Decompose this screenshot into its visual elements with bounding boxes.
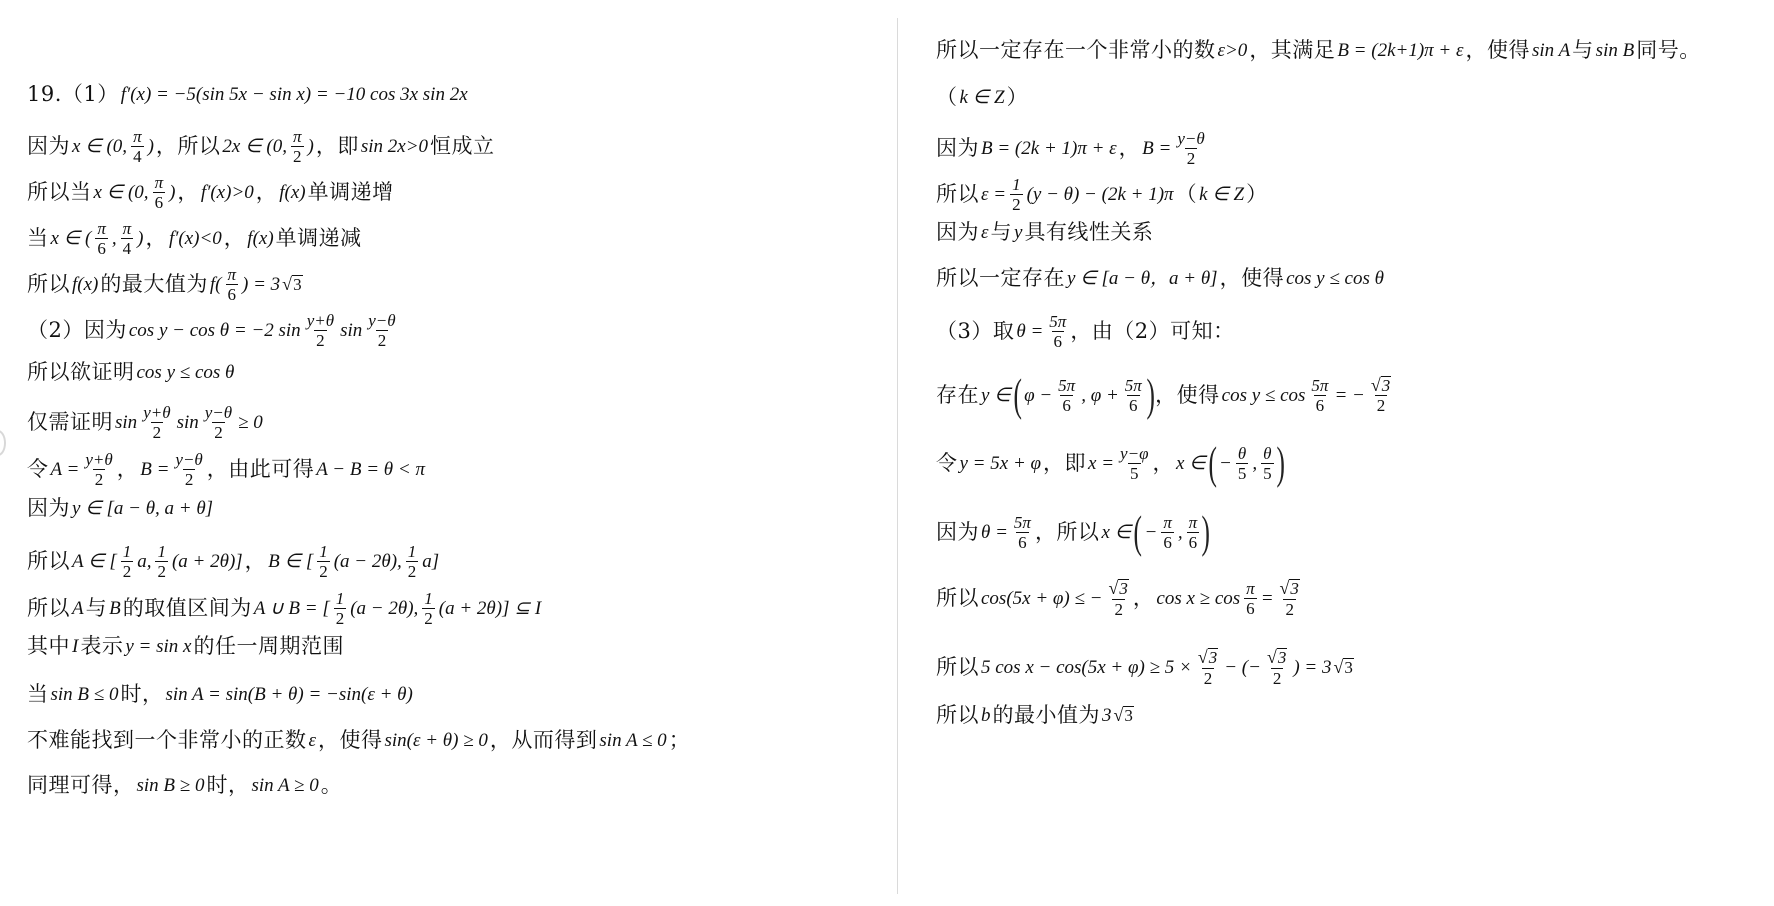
text-run: ， — [1119, 138, 1141, 159]
math-expression: x ∈ (0, — [92, 183, 151, 202]
fraction-numerator: y−θ — [1175, 130, 1206, 148]
fraction-numerator: θ — [1236, 445, 1248, 463]
text-run: ，所以 — [156, 136, 221, 157]
solution-line: 所以5 cos x − cos(5x + φ) ≥ 5 ×√32− (−√32)… — [936, 648, 1354, 687]
math-expression: sin B — [1594, 41, 1637, 60]
fraction-denominator: 6 — [226, 284, 239, 303]
solution-line: （k ∈ Z） — [936, 87, 1028, 108]
square-root: √3 — [282, 275, 302, 294]
text-run: 时， — [120, 684, 163, 705]
text-run: 所以 — [27, 274, 70, 295]
math-expression: sin A ≤ 0 — [597, 731, 668, 750]
math-expression: (a − 2θ), — [348, 599, 420, 618]
fraction-numerator: √3 — [1278, 579, 1302, 599]
text-run: 19.（1） — [27, 84, 119, 105]
math-expression: f( — [208, 275, 224, 294]
fraction-numerator: 5π — [1309, 377, 1330, 395]
radicand: 3 — [292, 275, 303, 294]
fraction: π4 — [121, 220, 134, 257]
math-expression: θ = — [979, 523, 1010, 542]
fraction-numerator: y−θ — [366, 312, 397, 330]
math-expression: x ∈ (0, — [70, 137, 129, 156]
math-expression: b — [979, 706, 993, 725]
fraction-denominator: 6 — [1187, 532, 1200, 551]
fraction-numerator: √3 — [1196, 648, 1220, 668]
radical-sign-icon: √ — [1280, 579, 1290, 597]
math-expression: A − B = θ < π — [314, 460, 427, 479]
text-run: ， — [224, 228, 246, 249]
radicand: 3 — [1277, 648, 1288, 667]
fraction: √32 — [1196, 648, 1220, 687]
page-edge-scroll-handle — [0, 430, 6, 456]
math-expression: (y − θ) − (2k + 1)π — [1025, 185, 1176, 204]
solution-line: 因为B = (2k + 1)π + ε，B =y−θ2 — [936, 130, 1209, 167]
solution-line: （3）取θ =5π6，由（2）可知： — [936, 313, 1235, 350]
fraction-numerator: √3 — [1369, 376, 1393, 396]
square-root: √3 — [1371, 376, 1391, 395]
fraction: 12 — [121, 543, 134, 580]
fraction: y−θ2 — [203, 404, 234, 441]
fraction-denominator: 2 — [291, 146, 304, 165]
column-divider — [897, 18, 898, 894]
fraction-numerator: 1 — [317, 543, 330, 561]
radical-sign-icon: √ — [1114, 706, 1124, 724]
math-expression: B = (2k + 1)π + ε — [979, 139, 1119, 158]
fraction-numerator: θ — [1261, 445, 1273, 463]
math-expression: B = — [1140, 139, 1173, 158]
math-expression: B ∈ [ — [266, 552, 315, 571]
fraction: 12 — [406, 543, 419, 580]
math-expression: y ∈ [a − θ，a + θ] — [1065, 269, 1220, 288]
math-expression: I — [70, 637, 80, 656]
text-run: 因为 — [27, 498, 70, 519]
fraction-numerator: 1 — [406, 543, 419, 561]
math-expression: ε — [979, 223, 991, 242]
radicand: 3 — [1343, 658, 1354, 677]
fraction-numerator: y+θ — [141, 404, 172, 422]
fraction-denominator: 5 — [1261, 463, 1274, 482]
text-run: 所以 — [936, 705, 979, 726]
square-root: √3 — [1114, 706, 1134, 725]
text-run: ，使得 — [1155, 385, 1220, 406]
text-run: 恒成立 — [430, 136, 495, 157]
text-run: 的最大值为 — [100, 274, 208, 295]
math-expression: f(x) — [277, 183, 307, 202]
fraction-numerator: π — [1244, 580, 1257, 598]
fraction: √32 — [1369, 376, 1393, 415]
fraction: π4 — [131, 128, 144, 165]
math-expression: sin 2x>0 — [359, 137, 430, 156]
text-run: 单调递增 — [308, 182, 394, 203]
text-run: ， — [1152, 453, 1174, 474]
math-expression: ε = — [979, 185, 1008, 204]
fraction-numerator: √3 — [1107, 579, 1131, 599]
fraction-numerator: 1 — [155, 543, 168, 561]
math-expression: (a − 2θ), — [332, 552, 404, 571]
math-expression: cos x ≥ cos — [1154, 589, 1242, 608]
solution-line: 当x ∈ (π6,π4)，f′(x)<0，f(x)单调递减 — [27, 220, 362, 257]
text-run: 所以 — [27, 551, 70, 572]
fraction-denominator: 6 — [95, 238, 108, 257]
square-root: √3 — [1280, 579, 1300, 598]
math-expression: cos(5x + φ) ≤ − — [979, 589, 1105, 608]
document-page: 19.（1）f′(x) = −5(sin 5x − sin x) = −10 c… — [0, 0, 1774, 906]
fraction-denominator: 2 — [1375, 395, 1388, 414]
math-expression: sin — [113, 413, 139, 432]
text-run: 当 — [27, 684, 49, 705]
math-expression: = — [1259, 589, 1276, 608]
solution-line: 所以一定存在一个非常小的数ε>0，其满足B = (2k+1)π + ε，使得si… — [936, 40, 1701, 61]
fraction: π6 — [1244, 580, 1257, 617]
math-expression: A = — [49, 460, 82, 479]
fraction-denominator: 2 — [1010, 194, 1023, 213]
radicand: 3 — [1118, 579, 1129, 598]
fraction-numerator: 1 — [1010, 176, 1023, 194]
fraction-numerator: 1 — [121, 543, 134, 561]
text-run: 时， — [206, 775, 249, 796]
text-run: 所以当 — [27, 182, 92, 203]
solution-line: 因为y ∈ [a − θ, a + θ] — [27, 498, 215, 519]
square-root: √3 — [1109, 579, 1129, 598]
fraction-numerator: 5π — [1012, 514, 1033, 532]
math-expression: ≥ 0 — [236, 413, 265, 432]
radicand: 3 — [1289, 579, 1300, 598]
fraction-denominator: 2 — [1283, 599, 1296, 618]
math-expression: B = (2k+1)π + ε — [1335, 41, 1465, 60]
fraction-denominator: 2 — [334, 608, 347, 627]
fraction-numerator: π — [95, 220, 108, 238]
math-expression: f(x) — [70, 275, 100, 294]
fraction: 12 — [422, 590, 435, 627]
text-run: 的最小值为 — [993, 705, 1101, 726]
fraction-denominator: 2 — [376, 330, 389, 349]
math-expression: x ∈ — [1099, 523, 1133, 542]
text-run: ） — [1246, 184, 1268, 205]
math-expression: B = — [138, 460, 171, 479]
solution-line: 所以欲证明cos y ≤ cos θ — [27, 362, 236, 383]
text-run: 当 — [27, 228, 49, 249]
math-expression: y = 5x + φ — [958, 454, 1044, 473]
text-run: ，其满足 — [1249, 40, 1335, 61]
math-expression: A — [70, 599, 86, 618]
text-run: 令 — [936, 453, 958, 474]
text-run: 不难能找到一个非常小的正数 — [27, 730, 307, 751]
math-expression: A ∪ B = [ — [252, 599, 332, 618]
fraction-denominator: 2 — [121, 561, 134, 580]
math-expression: − — [1217, 454, 1234, 473]
radical-sign-icon: √ — [1334, 658, 1344, 676]
text-run: 因为 — [936, 138, 979, 159]
math-expression: sin — [338, 321, 364, 340]
fraction: 12 — [155, 543, 168, 580]
solution-line: 所以A与B的取值区间为A ∪ B = [12(a − 2θ),12(a + 2θ… — [27, 590, 543, 627]
solution-line: 因为θ =5π6，所以x ∈(−π6,π6) — [936, 509, 1210, 555]
math-expression: cos y ≤ cos — [1220, 386, 1308, 405]
radical-sign-icon: √ — [282, 275, 292, 293]
math-expression: ) — [146, 137, 156, 156]
radical-sign-icon: √ — [1371, 376, 1381, 394]
math-expression: θ = — [1014, 322, 1045, 341]
fraction-numerator: 1 — [422, 590, 435, 608]
solution-line: 令y = 5x + φ，即x =y−φ5，x ∈(−θ5,θ5) — [936, 440, 1285, 486]
text-run: 同号。 — [1636, 40, 1701, 61]
fraction: √32 — [1107, 579, 1131, 618]
math-expression: 2x ∈ (0, — [220, 137, 289, 156]
fraction-numerator: y−θ — [173, 451, 204, 469]
fraction-denominator: 2 — [183, 469, 196, 488]
math-expression: , — [1250, 454, 1259, 473]
math-expression: y — [1012, 223, 1024, 242]
fraction: π6 — [1161, 514, 1174, 551]
math-expression: (a + 2θ)] ⊆ I — [437, 599, 543, 618]
text-run: ， — [256, 182, 278, 203]
math-expression: ε>0 — [1216, 41, 1250, 60]
text-run: ，使得 — [1220, 268, 1285, 289]
math-expression: A ∈ [ — [70, 552, 119, 571]
fraction: π6 — [225, 266, 238, 303]
text-run: 因为 — [936, 222, 979, 243]
math-expression: ) = 3 — [240, 275, 282, 294]
math-expression: f′(x)>0 — [199, 183, 256, 202]
fraction-denominator: 2 — [314, 330, 327, 349]
math-expression: ) = 3 — [1291, 658, 1333, 677]
text-run: 的取值区间为 — [123, 598, 252, 619]
math-expression: ) — [306, 137, 316, 156]
fraction: π6 — [153, 174, 166, 211]
fraction-denominator: 5 — [1236, 463, 1249, 482]
fraction: 5π6 — [1012, 514, 1033, 551]
fraction-denominator: 6 — [1016, 532, 1029, 551]
fraction: 5π6 — [1056, 377, 1077, 414]
math-expression: sin B ≥ 0 — [135, 776, 207, 795]
large-parenthesis: ( — [1208, 440, 1216, 486]
math-expression: f′(x) = −5(sin 5x − sin x) = −10 cos 3x … — [119, 85, 470, 104]
text-run: ） — [1007, 87, 1029, 108]
math-expression: y = sin x — [123, 637, 193, 656]
fraction: √32 — [1265, 648, 1289, 687]
text-run: 所以 — [936, 588, 979, 609]
radical-sign-icon: √ — [1109, 579, 1119, 597]
solution-line: 存在y ∈(φ −5π6, φ +5π6)，使得cos y ≤ cos5π6= … — [936, 372, 1395, 418]
fraction-denominator: 2 — [1112, 599, 1125, 618]
solution-line: 当sin B ≤ 0时，sin A = sin(B + θ) = −sin(ε … — [27, 684, 415, 705]
large-parenthesis: ) — [1276, 440, 1284, 486]
math-expression: sin A — [1530, 41, 1572, 60]
fraction: 12 — [1010, 176, 1023, 213]
solution-line: 因为ε与y具有线性关系 — [936, 222, 1153, 243]
text-run: 所以 — [27, 598, 70, 619]
fraction: 5π6 — [1309, 377, 1330, 414]
math-expression: cos y ≤ cos θ — [1284, 269, 1386, 288]
solution-line: 所以b的最小值为3√3 — [936, 705, 1134, 726]
fraction: π6 — [1187, 514, 1200, 551]
math-expression: x = — [1086, 454, 1116, 473]
fraction-numerator: π — [121, 220, 134, 238]
fraction-denominator: 6 — [1244, 598, 1257, 617]
math-expression: B — [107, 599, 123, 618]
math-expression: , — [110, 229, 119, 248]
text-run: 同理可得， — [27, 775, 135, 796]
radical-sign-icon: √ — [1198, 648, 1208, 666]
solution-line: （2）因为cos y − cos θ = −2 siny+θ2siny−θ2 — [27, 312, 400, 349]
text-run: 。 — [321, 775, 343, 796]
fraction: 12 — [317, 543, 330, 580]
square-root: √3 — [1198, 648, 1218, 667]
math-expression: y ∈ — [979, 386, 1013, 405]
fraction-denominator: 2 — [93, 469, 106, 488]
text-run: 令 — [27, 459, 49, 480]
text-run: （ — [936, 87, 958, 108]
math-expression: = − — [1332, 386, 1366, 405]
large-parenthesis: ( — [1134, 509, 1142, 555]
fraction-denominator: 2 — [422, 608, 435, 627]
fraction-denominator: 6 — [153, 192, 166, 211]
fraction: 12 — [334, 590, 347, 627]
fraction-numerator: π — [153, 174, 166, 192]
math-expression: sin(ε + θ) ≥ 0 — [383, 731, 490, 750]
fraction-numerator: y+θ — [83, 451, 114, 469]
text-run: 与 — [1572, 40, 1594, 61]
fraction-numerator: 5π — [1056, 377, 1077, 395]
fraction-denominator: 2 — [317, 561, 330, 580]
radicand: 3 — [1208, 648, 1219, 667]
fraction-numerator: y−φ — [1118, 445, 1150, 463]
text-run: 表示 — [80, 636, 123, 657]
text-run: 与 — [991, 222, 1013, 243]
fraction: y−θ2 — [366, 312, 397, 349]
math-expression: , — [1176, 523, 1185, 542]
text-run: 的任一周期范围 — [193, 636, 344, 657]
text-run: ，使得 — [318, 730, 383, 751]
text-run: ， — [177, 182, 199, 203]
fraction: y+θ2 — [141, 404, 172, 441]
math-expression: sin A = sin(B + θ) = −sin(ε + θ) — [163, 685, 414, 704]
fraction: √32 — [1278, 579, 1302, 618]
fraction-numerator: 5π — [1047, 313, 1068, 331]
fraction-denominator: 6 — [1161, 532, 1174, 551]
radical-sign-icon: √ — [1267, 648, 1277, 666]
math-expression: x ∈ ( — [49, 229, 94, 248]
square-root: √3 — [1334, 658, 1354, 677]
text-run: ， — [117, 459, 139, 480]
solution-line: 其中I表示y = sin x的任一周期范围 — [27, 636, 344, 657]
fraction: θ5 — [1261, 445, 1274, 482]
math-expression: k ∈ Z — [1197, 185, 1246, 204]
fraction-numerator: y+θ — [305, 312, 336, 330]
fraction-denominator: 2 — [212, 422, 225, 441]
solution-line: 所以当x ∈ (0,π6)，f′(x)>0，f(x)单调递增 — [27, 174, 394, 211]
math-expression: φ − — [1022, 386, 1054, 405]
fraction-denominator: 6 — [1052, 331, 1065, 350]
text-run: ，即 — [316, 136, 359, 157]
math-expression: , φ + — [1079, 386, 1121, 405]
text-run: （ — [1176, 184, 1198, 205]
fraction-numerator: π — [1187, 514, 1200, 532]
math-expression: sin — [175, 413, 201, 432]
text-run: 所以 — [936, 184, 979, 205]
fraction-denominator: 2 — [1185, 148, 1198, 167]
solution-line: 19.（1）f′(x) = −5(sin 5x − sin x) = −10 c… — [27, 84, 470, 105]
solution-line: 所以一定存在y ∈ [a − θ，a + θ]，使得cos y ≤ cos θ — [936, 268, 1386, 289]
fraction-denominator: 2 — [1271, 668, 1284, 687]
large-parenthesis: ) — [1146, 372, 1154, 418]
text-run: 因为 — [936, 522, 979, 543]
solution-line: 所以cos(5x + φ) ≤ −√32，cos x ≥ cosπ6=√32 — [936, 579, 1304, 618]
text-run: ，所以 — [1035, 522, 1100, 543]
solution-line: 因为x ∈ (0,π4)，所以2x ∈ (0,π2)，即sin 2x>0恒成立 — [27, 128, 495, 165]
text-run: 其中 — [27, 636, 70, 657]
large-parenthesis: ( — [1013, 372, 1021, 418]
math-expression: ) — [135, 229, 145, 248]
fraction-numerator: √3 — [1265, 648, 1289, 668]
math-expression: − — [1143, 523, 1160, 542]
math-expression: k ∈ Z — [958, 88, 1007, 107]
solution-line: 令A =y+θ2，B =y−θ2，由此可得A − B = θ < π — [27, 451, 427, 488]
text-run: ，即 — [1043, 453, 1086, 474]
text-run: 具有线性关系 — [1024, 222, 1153, 243]
text-run: ，从而得到 — [490, 730, 598, 751]
fraction-numerator: 1 — [334, 590, 347, 608]
fraction: y+θ2 — [305, 312, 336, 349]
fraction-denominator: 6 — [1060, 395, 1073, 414]
math-expression: a, — [135, 552, 153, 571]
math-expression: sin B ≤ 0 — [49, 685, 121, 704]
solution-line: 仅需证明siny+θ2siny−θ2≥ 0 — [27, 404, 265, 441]
solution-line: 所以ε =12(y − θ) − (2k + 1)π（k ∈ Z） — [936, 176, 1268, 213]
solution-line: 所以f(x)的最大值为f(π6) = 3√3 — [27, 266, 303, 303]
text-run: ； — [669, 730, 691, 751]
text-run: ， — [245, 551, 267, 572]
fraction: y−θ2 — [1175, 130, 1206, 167]
fraction-denominator: 6 — [1314, 395, 1327, 414]
fraction: θ5 — [1236, 445, 1249, 482]
radicand: 3 — [1381, 376, 1392, 395]
math-expression: 5 cos x − cos(5x + φ) ≥ 5 × — [979, 658, 1194, 677]
text-run: 存在 — [936, 385, 979, 406]
math-expression: x ∈ — [1174, 454, 1208, 473]
text-run: 单调递减 — [276, 228, 362, 249]
text-run: ，由此可得 — [207, 459, 315, 480]
radicand: 3 — [1123, 706, 1134, 725]
solution-line: 同理可得，sin B ≥ 0时，sin A ≥ 0。 — [27, 775, 342, 796]
large-parenthesis: ) — [1202, 509, 1210, 555]
math-expression: f(x) — [245, 229, 275, 248]
fraction: 5π6 — [1123, 377, 1144, 414]
text-run: 所以欲证明 — [27, 362, 135, 383]
fraction-denominator: 2 — [151, 422, 164, 441]
text-run: ， — [145, 228, 167, 249]
math-expression: sin A ≥ 0 — [249, 776, 320, 795]
text-run: 所以 — [936, 657, 979, 678]
fraction-numerator: π — [1161, 514, 1174, 532]
math-expression: ) — [167, 183, 177, 202]
fraction: y−φ5 — [1118, 445, 1150, 482]
text-run: 所以一定存在 — [936, 268, 1065, 289]
fraction-denominator: 2 — [155, 561, 168, 580]
fraction-denominator: 2 — [406, 561, 419, 580]
math-expression: cos y − cos θ = −2 sin — [127, 321, 303, 340]
fraction-denominator: 5 — [1128, 463, 1141, 482]
fraction-numerator: π — [225, 266, 238, 284]
math-expression: cos y ≤ cos θ — [135, 363, 237, 382]
text-run: 所以一定存在一个非常小的数 — [936, 40, 1216, 61]
fraction: π2 — [291, 128, 304, 165]
math-expression: y ∈ [a − θ, a + θ] — [70, 499, 215, 518]
text-run: （3）取 — [936, 321, 1014, 342]
math-expression: 3 — [1100, 706, 1114, 725]
fraction-numerator: 5π — [1123, 377, 1144, 395]
solution-line: 所以A ∈ [12a,12(a + 2θ)]，B ∈ [12(a − 2θ),1… — [27, 543, 441, 580]
